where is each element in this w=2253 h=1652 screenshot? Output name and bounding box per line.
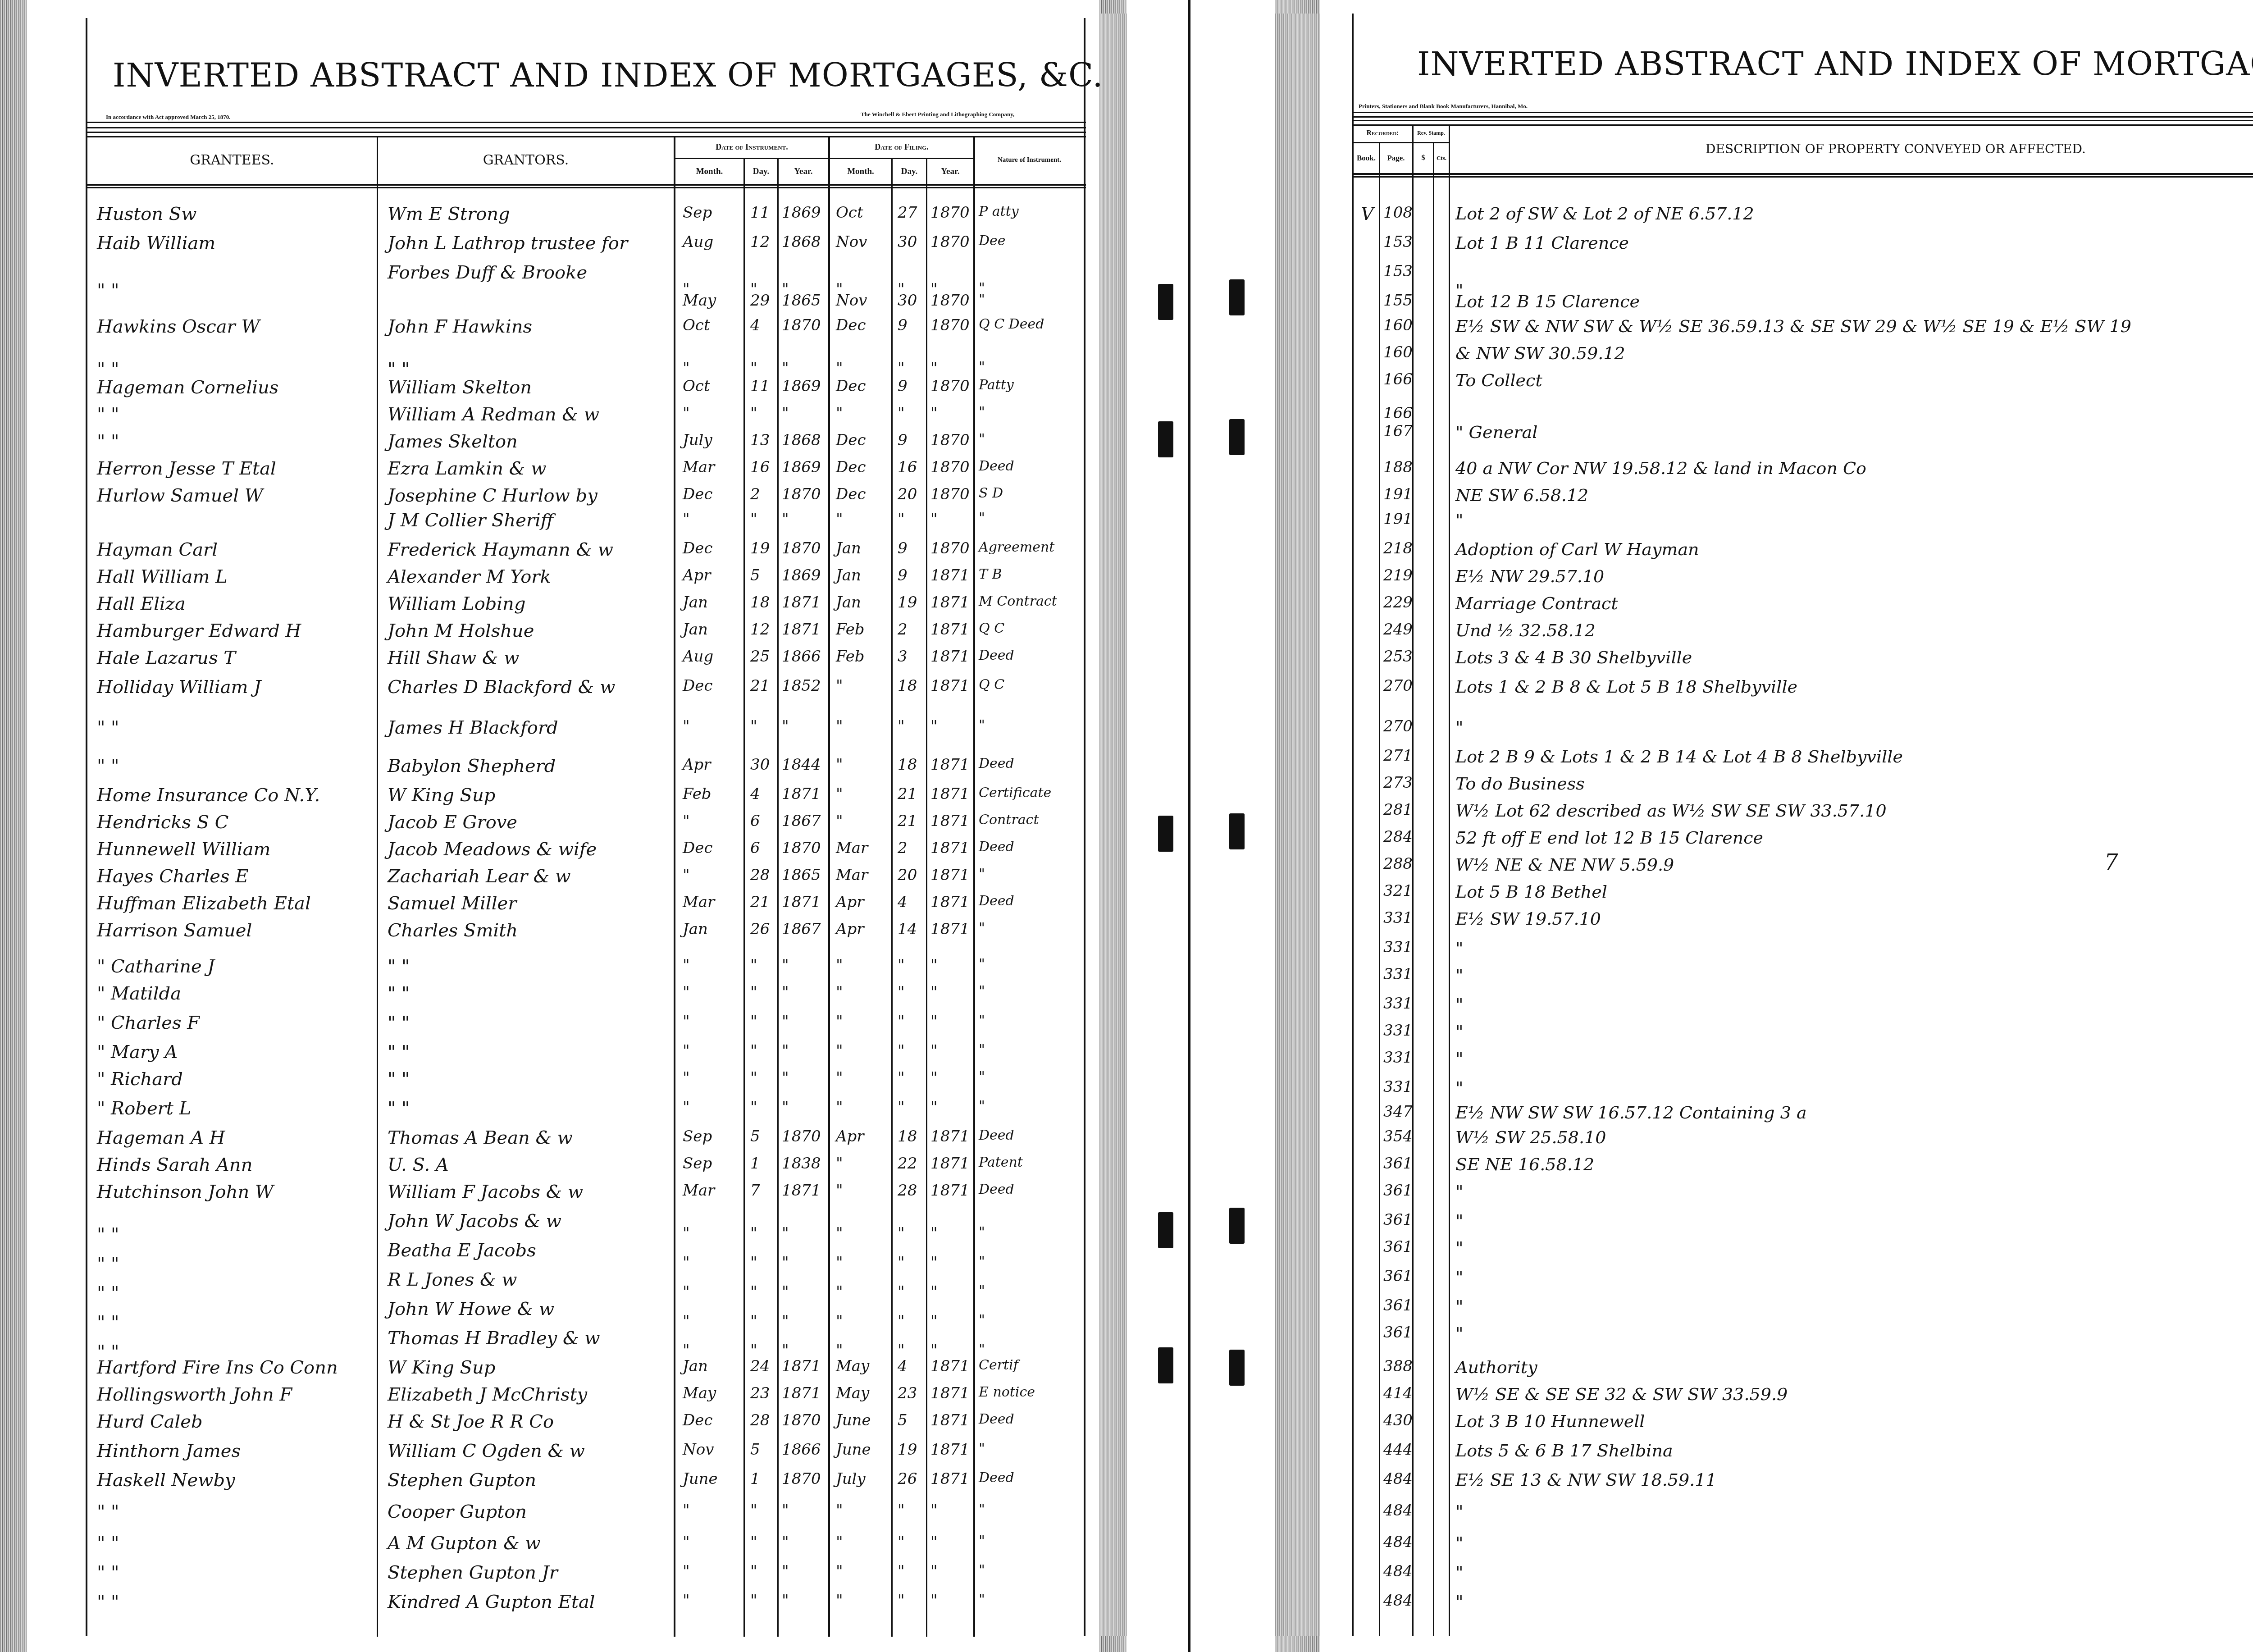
header-inst-year: Year. [779,159,828,184]
recorded-page: 188 [1383,460,1413,475]
nature-of-instrument: " [979,361,985,374]
header-bottom-rule [86,184,1086,186]
grantor-name: Zachariah Lear & w [388,867,570,885]
grantor-name: Jacob E Grove [388,813,517,831]
nature-of-instrument: " [979,1593,985,1606]
instrument-month: Jan [683,595,708,610]
nature-of-instrument: " [979,958,985,971]
instrument-day: 12 [750,622,770,637]
instrument-month: " [683,1503,690,1518]
recorded-page: 270 [1383,678,1413,694]
recorded-page: 331 [1383,967,1413,982]
instrument-year: 1869 [782,205,821,220]
instrument-month: Apr [683,568,711,583]
filing-month: " [836,406,843,421]
grantor-name: W King Sup [388,786,495,804]
scan-gutter-right [1275,0,1320,1652]
nature-of-instrument: Deed [979,649,1014,662]
filing-year: " [930,1593,938,1608]
instrument-day: 29 [750,293,770,308]
col-divider-inst-day [743,158,745,1637]
instrument-year: " [782,1564,789,1579]
grantor-name: Charles Smith [388,922,518,940]
instrument-day: " [750,1014,757,1029]
filing-day: 21 [898,786,917,802]
filing-month: Dec [836,433,866,448]
property-description: " [1455,1298,1463,1315]
grantee-name: " " [97,1255,119,1273]
filing-day: " [898,1593,905,1608]
instrument-month: Oct [683,379,710,394]
instrument-day: 6 [750,813,760,829]
property-description: W½ SW 25.58.10 [1455,1129,1606,1146]
nature-of-instrument: Deed [979,757,1014,771]
filing-month: May [836,1386,869,1401]
grantee-name: Huston Sw [97,205,196,223]
instrument-month: Oct [683,318,710,333]
grantee-name: Hartford Fire Ins Co Conn [97,1359,338,1377]
instrument-year: 1871 [782,1386,821,1401]
grantor-name: " " [388,361,410,379]
instrument-month: " [683,813,690,829]
grantor-name: Cooper Gupton [388,1503,527,1521]
property-description: W½ SE & SE SE 32 & SW SW 33.59.9 [1455,1386,1788,1403]
recorded-page: 219 [1383,568,1413,583]
instrument-day: 1 [750,1471,760,1487]
grantor-name: James Skelton [388,433,518,451]
property-description: To do Business [1455,775,1585,792]
grantor-name: " " [388,1070,410,1088]
instrument-year: " [782,1070,789,1086]
instrument-day: " [750,1343,757,1358]
filing-day: 9 [898,433,908,448]
filing-year: 1871 [930,1183,970,1198]
filing-day: 9 [898,318,908,333]
filing-year: 1870 [930,234,970,250]
recorded-page: 484 [1383,1503,1413,1518]
filing-month: Dec [836,487,866,502]
grantee-name: Home Insurance Co N.Y. [97,786,320,804]
instrument-day: 5 [750,568,760,583]
grantee-name: Holliday William J [97,678,261,696]
instrument-year: 1870 [782,1471,821,1487]
nature-of-instrument: Q C Deed [979,318,1044,331]
grantor-name: John F Hawkins [388,318,532,336]
filing-year: " [930,511,938,527]
property-description: " General [1455,424,1537,441]
instrument-year: " [782,1100,789,1115]
instrument-year: 1870 [782,541,821,556]
filing-year: " [930,958,938,973]
grantee-name: Hayes Charles E [97,867,248,885]
filing-day: 28 [898,1183,917,1198]
nature-of-instrument: M Contract [979,595,1057,608]
property-description: Lot 3 B 10 Hunnewell [1455,1413,1645,1430]
instrument-month: Jan [683,622,708,637]
header-recorded: Recorded: [1354,124,1412,142]
filing-month: Nov [836,293,867,308]
grantor-name: U. S. A [388,1156,449,1174]
filing-month: " [836,1314,843,1329]
grantee-name: " " [97,1226,119,1244]
filing-day: 30 [898,234,917,250]
instrument-year: 1867 [782,922,821,937]
binder-hole [1229,279,1245,315]
filing-year: 1870 [930,205,970,220]
recorded-page: 414 [1383,1386,1413,1401]
filing-year: 1871 [930,813,970,829]
filing-day: " [898,511,905,527]
grantee-name: " " [97,433,119,451]
filing-day: " [898,958,905,973]
instrument-year: 1868 [782,234,821,250]
grantee-name: Hall William L [97,568,228,586]
instrument-year: 1844 [782,757,821,772]
grantor-name: Stephen Gupton Jr [388,1564,558,1582]
instrument-month: Sep [683,205,712,220]
property-description: " [1455,1239,1463,1256]
grantor-name: Charles D Blackford & w [388,678,615,696]
property-description: 52 ft off E end lot 12 B 15 Clarence [1455,829,1763,846]
instrument-day: 28 [750,1413,770,1428]
recorded-book: V [1361,205,1374,223]
header-bottom-rule [1352,173,2253,175]
filing-day: 16 [898,460,917,475]
page-title: INVERTED ABSTRACT AND INDEX OF MORTGAGES… [113,56,1103,94]
margin-note: 7 [2104,852,2118,873]
col-divider-grantor [674,136,675,1637]
property-description: " [1455,1183,1463,1200]
filing-year: 1871 [930,757,970,772]
header-bottom-rule [1352,176,2253,178]
instrument-month: " [683,719,690,734]
instrument-month: Sep [683,1129,712,1144]
property-description: Marriage Contract [1455,595,1618,612]
col-divider-fil-day [891,158,893,1637]
property-description: " [1455,1079,1463,1096]
instrument-day: " [750,1534,757,1550]
recorded-page: 331 [1383,1050,1413,1065]
nature-of-instrument: " [979,719,985,732]
recorded-page: 331 [1383,996,1413,1011]
grantor-name: Babylon Shepherd [388,757,556,775]
header-fil-year: Year. [927,159,973,184]
recorded-page: 388 [1383,1359,1413,1374]
nature-of-instrument: Agreement [979,541,1054,554]
grantor-name: Jacob Meadows & wife [388,840,597,858]
recorded-page: 361 [1383,1325,1413,1340]
filing-year: " [930,361,938,376]
instrument-year: " [782,1255,789,1270]
recorded-page: 108 [1383,205,1413,220]
property-description: " [1455,719,1463,736]
grantor-name: A M Gupton & w [388,1534,541,1552]
nature-of-instrument: P atty [979,205,1019,219]
grantor-name: H & St Joe R R Co [388,1413,554,1431]
recorded-page: 444 [1383,1442,1413,1457]
instrument-day: 19 [750,541,770,556]
filing-month: Feb [836,649,865,664]
property-description: " [1455,967,1463,984]
filing-month: Oct [836,205,863,220]
binder-hole [1158,1347,1173,1383]
instrument-month: " [683,1255,690,1270]
instrument-year: 1865 [782,867,821,883]
instrument-day: 23 [750,1386,770,1401]
recorded-page: 284 [1383,829,1413,844]
filing-month: " [836,757,843,772]
instrument-day: 6 [750,840,760,856]
instrument-month: Feb [683,786,711,802]
printer-imprint: The Winchell & Ebert Printing and Lithog… [861,111,1014,118]
recorded-page: 191 [1383,487,1413,502]
instrument-year: 1870 [782,840,821,856]
recorded-page: 167 [1383,424,1413,439]
instrument-month: May [683,1386,716,1401]
recorded-page: 331 [1383,910,1413,926]
filing-month: " [836,1043,843,1059]
header-rule [86,122,1086,123]
nature-of-instrument: T B [979,568,1002,581]
nature-of-instrument: Q C [979,622,1004,635]
property-description: " [1455,1269,1463,1286]
property-description: Lot 5 B 18 Bethel [1455,883,1607,900]
instrument-month: " [683,1534,690,1550]
header-rev-stamp: Rev. Stamp. [1414,124,1449,142]
grantor-name: Beatha E Jacobs [388,1241,536,1260]
grantee-name: " " [97,719,119,737]
instrument-day: 4 [750,318,760,333]
filing-month: " [836,361,843,376]
grantor-name: William Skelton [388,379,532,397]
filing-month: Jan [836,568,861,583]
grantee-name: " " [97,406,119,424]
printer-imprint: Printers, Stationers and Blank Book Manu… [1359,103,1528,110]
grantee-name: " " [97,1284,119,1302]
header-grantors: GRANTORS. [378,136,674,184]
recorded-page: 153 [1383,234,1413,250]
filing-day: " [898,1070,905,1086]
instrument-year: 1869 [782,379,821,394]
instrument-day: " [750,1314,757,1329]
filing-year: 1871 [930,1471,970,1487]
grantee-name: " " [97,1503,119,1521]
instrument-day: " [750,406,757,421]
property-description: " [1455,940,1463,957]
instrument-month: Dec [683,487,712,502]
page-title: INVERTED ABSTRACT AND INDEX OF MORTGAGES… [1417,45,2253,83]
filing-month: " [836,1014,843,1029]
instrument-year: " [782,1043,789,1059]
grantor-name: " " [388,958,410,976]
grantor-name: Josephine C Hurlow by [388,487,597,505]
grantee-name: " " [97,361,119,379]
property-description: " [1455,1050,1463,1067]
instrument-day: 2 [750,487,760,502]
recorded-page: 191 [1383,511,1413,527]
instrument-day: " [750,511,757,527]
grantor-name: R L Jones & w [388,1271,517,1289]
grantor-name: Kindred A Gupton Etal [388,1593,595,1611]
filing-month: July [836,1471,866,1487]
recorded-page: 160 [1383,345,1413,360]
nature-of-instrument: Deed [979,460,1014,473]
grantee-name: Hunnewell William [97,840,270,858]
grantor-name: Thomas A Bean & w [388,1129,573,1147]
filing-year: 1871 [930,1386,970,1401]
recorded-page: 361 [1383,1156,1413,1171]
instrument-day: " [750,1593,757,1608]
grantee-name: Hawkins Oscar W [97,318,260,336]
instrument-month: Apr [683,757,711,772]
instrument-day: " [750,719,757,734]
instrument-day: 5 [750,1129,760,1144]
nature-of-instrument: S D [979,487,1003,500]
filing-day: 9 [898,379,908,394]
filing-day: " [898,1564,905,1579]
recorded-page: 361 [1383,1298,1413,1313]
property-description: Lot 1 B 11 Clarence [1455,234,1629,251]
instrument-month: " [683,1070,690,1086]
recorded-page: 270 [1383,719,1413,734]
header-cents: Cts. [1434,143,1449,173]
header-description: DESCRIPTION OF PROPERTY CONVEYED OR AFFE… [1450,124,2253,173]
nature-of-instrument: " [979,922,985,935]
filing-year: 1870 [930,541,970,556]
instrument-year: " [782,985,789,1000]
grantee-name: Huffman Elizabeth Etal [97,894,311,913]
recorded-page: 166 [1383,372,1413,387]
instrument-month: " [683,1593,690,1608]
nature-of-instrument: Patty [979,379,1014,392]
filing-year: " [930,1564,938,1579]
nature-of-instrument: " [979,511,985,525]
property-description: " [1455,1212,1463,1229]
instrument-year: " [782,1284,789,1300]
header-rule [1352,112,2253,113]
filing-year: " [930,985,938,1000]
nature-of-instrument: " [979,1043,985,1057]
filing-month: " [836,1503,843,1518]
property-description: 40 a NW Cor NW 19.58.12 & land in Macon … [1455,460,1866,477]
instrument-day: " [750,1100,757,1115]
header-fil-month: Month. [830,159,891,184]
property-description: " [1455,511,1463,529]
header-date-of-filing: Date of Filing. [830,136,973,158]
filing-month: " [836,1070,843,1086]
grantee-name: " Richard [97,1070,183,1088]
filing-month: " [836,1564,843,1579]
filing-day: 4 [898,894,908,910]
instrument-year: " [782,511,789,527]
nature-of-instrument: Certificate [979,786,1051,800]
instrument-month: Aug [683,649,713,664]
nature-of-instrument: " [979,1442,985,1456]
nature-of-instrument: " [979,1503,985,1516]
instrument-year: 1870 [782,487,821,502]
grantee-name: " Charles F [97,1014,200,1032]
instrument-month: Mar [683,1183,715,1198]
property-description: & NW SW 30.59.12 [1455,345,1625,362]
filing-year: " [930,406,938,421]
filing-year: " [930,1314,938,1329]
binder-hole [1158,421,1173,457]
binder-hole [1229,813,1245,849]
filing-month: " [836,1593,843,1608]
instrument-year: 1838 [782,1156,821,1171]
property-description: E½ SW 19.57.10 [1455,910,1601,927]
instrument-month: " [683,406,690,421]
property-description: E½ NW SW SW 16.57.12 Containing 3 a [1455,1104,1807,1121]
filing-day: 27 [898,205,917,220]
scan-edge-left [0,0,27,1652]
nature-of-instrument: Deed [979,894,1014,908]
filing-month: " [836,1284,843,1300]
grantor-name: Alexander M York [388,568,551,586]
property-description: " [1455,996,1463,1013]
grantor-name: Ezra Lamkin & w [388,460,546,478]
filing-day: 21 [898,813,917,829]
nature-of-instrument: Dee [979,234,1006,248]
instrument-year: 1871 [782,622,821,637]
instrument-month: Dec [683,678,712,694]
instrument-day: " [750,361,757,376]
recorded-page: 484 [1383,1534,1413,1550]
grantee-name: Hurlow Samuel W [97,487,263,505]
filing-month: May [836,1359,869,1374]
col-divider-page [1379,142,1380,1636]
instrument-month: " [683,1314,690,1329]
grantor-name: J M Collier Sheriff [388,511,553,529]
instrument-year: 1868 [782,433,821,448]
grantee-name: Herron Jesse T Etal [97,460,276,478]
page-border-right [1084,18,1085,1636]
recorded-page: 155 [1383,293,1413,308]
nature-of-instrument: " [979,1534,985,1548]
grantor-name: John W Jacobs & w [388,1212,561,1230]
filing-year: " [930,1503,938,1518]
instrument-year: 1871 [782,595,821,610]
instrument-month: Mar [683,460,715,475]
grantor-name: " " [388,985,410,1003]
recorded-page: 166 [1383,406,1413,421]
filing-day: " [898,1100,905,1115]
gutter-divider [1188,0,1190,1652]
grantor-name: John W Howe & w [388,1300,554,1318]
filing-year: 1871 [930,649,970,664]
instrument-year: " [782,1314,789,1329]
instrument-day: " [750,958,757,973]
recorded-page: 229 [1383,595,1413,610]
filing-year: " [930,719,938,734]
instrument-month: Aug [683,234,713,250]
filing-year: 1871 [930,622,970,637]
right-ledger-page: INVERTED ABSTRACT AND INDEX OF MORTGAGES… [1320,0,2253,1652]
filing-day: 5 [898,1413,908,1428]
grantor-name: W King Sup [388,1359,495,1377]
grantor-name: " " [388,1043,410,1061]
filing-year: 1870 [930,293,970,308]
instrument-day: 24 [750,1359,770,1374]
header-rule [86,127,1086,128]
filing-month: June [836,1413,871,1428]
instrument-day: 28 [750,867,770,883]
filing-month: Dec [836,460,866,475]
instrument-year: 1865 [782,293,821,308]
header-rule [1352,120,2253,121]
grantee-name: " Catharine J [97,958,214,976]
instrument-month: " [683,1100,690,1115]
